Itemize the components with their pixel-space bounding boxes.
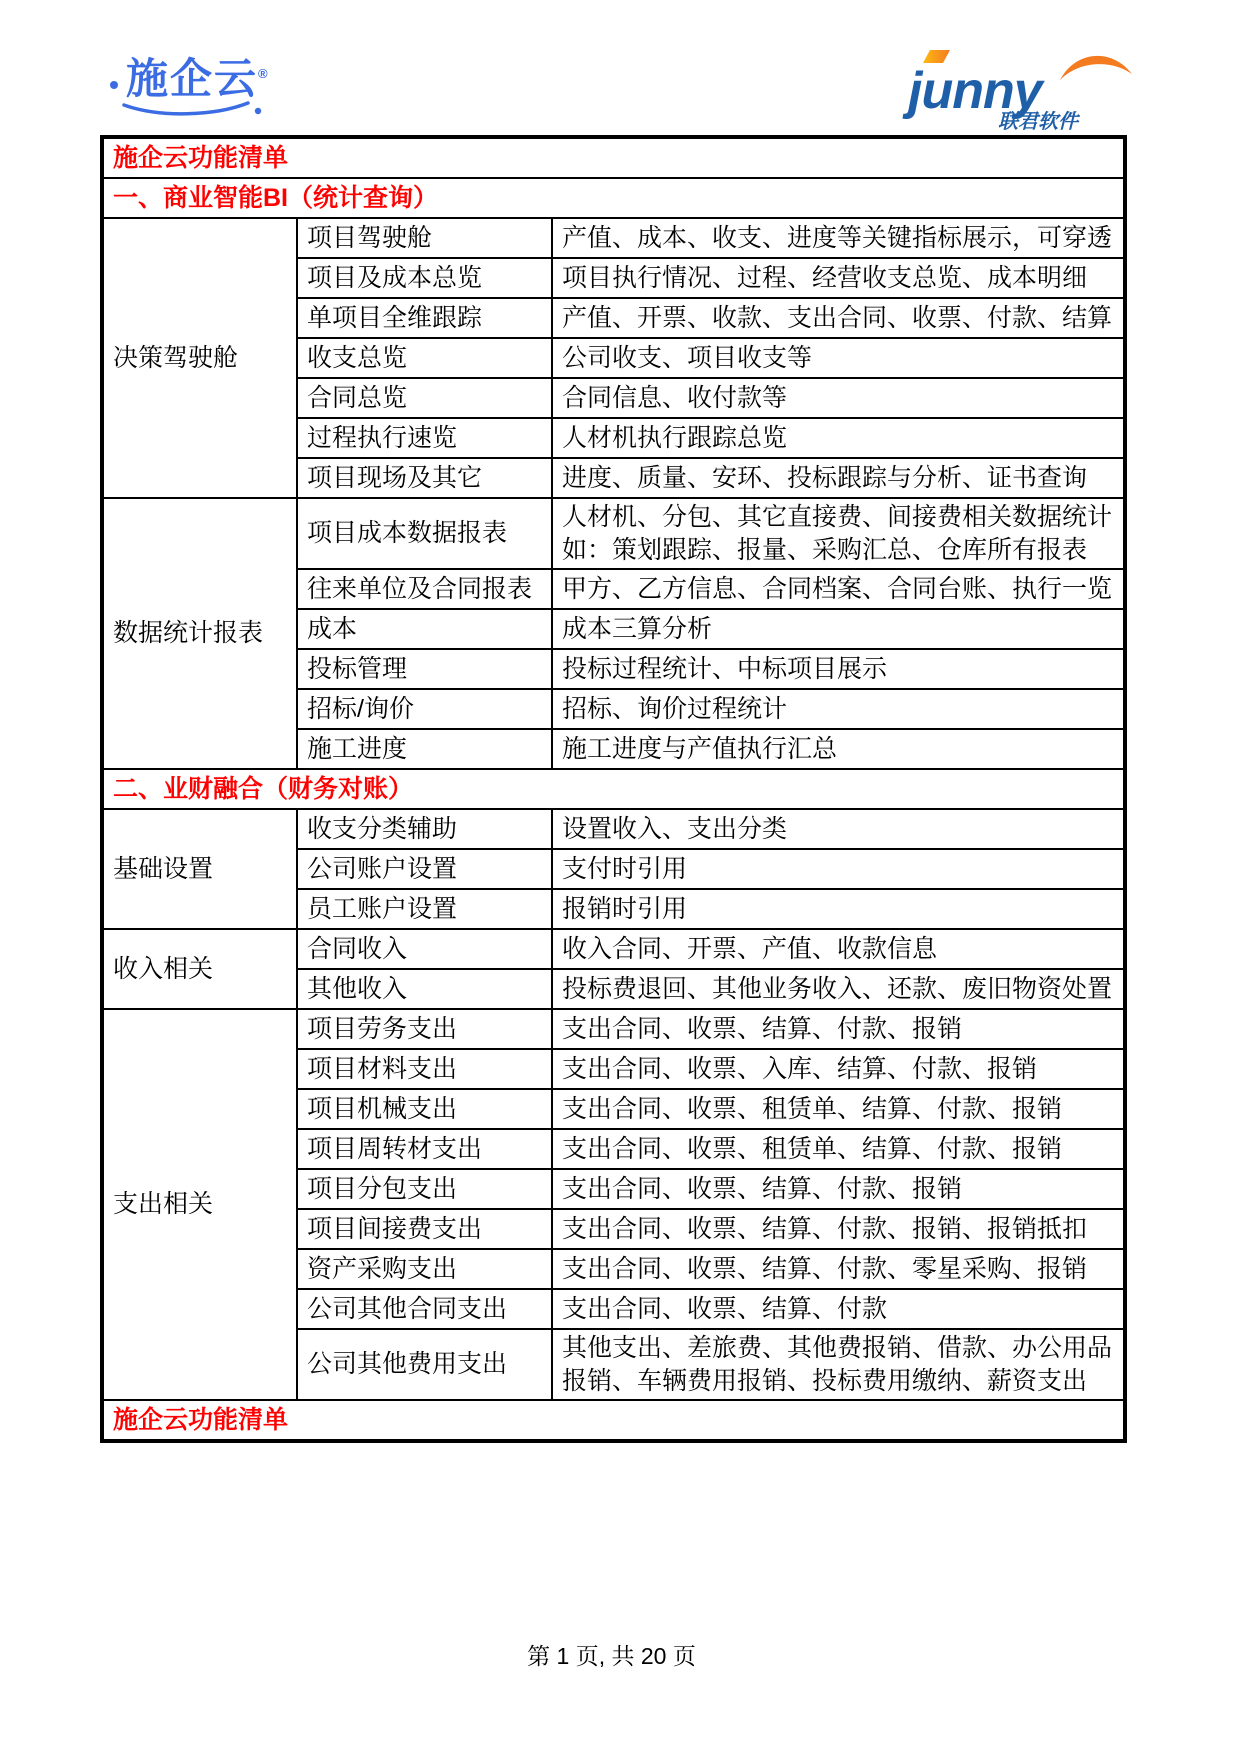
feature-cell: 员工账户设置 <box>297 889 552 929</box>
feature-cell: 项目及成本总览 <box>297 258 552 298</box>
feature-cell: 项目周转材支出 <box>297 1129 552 1169</box>
function-table: 施企云功能清单一、商业智能BI（统计查询）决策驾驶舱项目驾驶舱产值、成本、收支、… <box>100 135 1127 1443</box>
feature-cell: 收支总览 <box>297 338 552 378</box>
desc-cell: 招标、询价过程统计 <box>552 689 1125 729</box>
category-cell: 收入相关 <box>102 929 297 1009</box>
category-cell: 支出相关 <box>102 1009 297 1400</box>
desc-cell: 投标费退回、其他业务收入、还款、废旧物资处置 <box>552 969 1125 1009</box>
desc-cell: 收入合同、开票、产值、收款信息 <box>552 929 1125 969</box>
page-number-footer: 第 1 页, 共 20 页 <box>100 1638 1123 1671</box>
desc-cell: 产值、成本、收支、进度等关键指标展示，可穿透 <box>552 218 1125 258</box>
table-row: 支出相关项目劳务支出支出合同、收票、结算、付款、报销 <box>102 1009 1125 1049</box>
feature-cell: 项目劳务支出 <box>297 1009 552 1049</box>
feature-cell: 公司其他合同支出 <box>297 1289 552 1329</box>
desc-cell: 成本三算分析 <box>552 609 1125 649</box>
desc-cell: 人材机执行跟踪总览 <box>552 418 1125 458</box>
feature-cell: 公司账户设置 <box>297 849 552 889</box>
feature-cell: 项目间接费支出 <box>297 1209 552 1249</box>
desc-cell: 公司收支、项目收支等 <box>552 338 1125 378</box>
category-cell: 数据统计报表 <box>102 498 297 769</box>
desc-cell: 设置收入、支出分类 <box>552 809 1125 849</box>
junny-swoosh-icon <box>1060 56 1132 80</box>
desc-cell: 支出合同、收票、结算、付款、报销、报销抵扣 <box>552 1209 1125 1249</box>
table-row: 收入相关合同收入收入合同、开票、产值、收款信息 <box>102 929 1125 969</box>
feature-cell: 单项目全维跟踪 <box>297 298 552 338</box>
category-cell: 基础设置 <box>102 809 297 929</box>
feature-cell: 往来单位及合同报表 <box>297 569 552 609</box>
feature-cell: 过程执行速览 <box>297 418 552 458</box>
desc-cell: 支出合同、收票、租赁单、结算、付款、报销 <box>552 1129 1125 1169</box>
logo-dot-icon <box>110 81 118 89</box>
desc-cell: 进度、质量、安环、投标跟踪与分析、证书查询 <box>552 458 1125 498</box>
feature-cell: 资产采购支出 <box>297 1249 552 1289</box>
feature-cell: 项目现场及其它 <box>297 458 552 498</box>
desc-cell: 报销时引用 <box>552 889 1125 929</box>
registered-mark: ® <box>258 66 268 81</box>
feature-cell: 其他收入 <box>297 969 552 1009</box>
feature-cell: 项目材料支出 <box>297 1049 552 1089</box>
desc-cell: 项目执行情况、过程、经营收支总览、成本明细 <box>552 258 1125 298</box>
feature-cell: 项目驾驶舱 <box>297 218 552 258</box>
table-row: 决策驾驶舱项目驾驶舱产值、成本、收支、进度等关键指标展示，可穿透 <box>102 218 1125 258</box>
desc-cell: 甲方、乙方信息、合同档案、合同台账、执行一览 <box>552 569 1125 609</box>
feature-cell: 合同总览 <box>297 378 552 418</box>
feature-cell: 投标管理 <box>297 649 552 689</box>
desc-cell: 支出合同、收票、结算、付款、报销 <box>552 1009 1125 1049</box>
junny-logo-subtext: 联君软件 <box>998 110 1081 132</box>
junny-logo: junny 联君软件 <box>900 48 1140 132</box>
desc-cell: 其他支出、差旅费、其他费报销、借款、办公用品 报销、车辆费用报销、投标费用缴纳、… <box>552 1329 1125 1400</box>
shiqiyun-logo: 施企云 ® <box>110 58 280 120</box>
desc-cell: 合同信息、收付款等 <box>552 378 1125 418</box>
desc-cell: 施工进度与产值执行汇总 <box>552 729 1125 769</box>
feature-cell: 招标/询价 <box>297 689 552 729</box>
desc-cell: 支出合同、收票、入库、结算、付款、报销 <box>552 1049 1125 1089</box>
desc-cell: 支出合同、收票、结算、付款 <box>552 1289 1125 1329</box>
desc-cell: 投标过程统计、中标项目展示 <box>552 649 1125 689</box>
function-table-body: 施企云功能清单一、商业智能BI（统计查询）决策驾驶舱项目驾驶舱产值、成本、收支、… <box>102 137 1125 1441</box>
feature-cell: 项目分包支出 <box>297 1169 552 1209</box>
table-row: 基础设置收支分类辅助设置收入、支出分类 <box>102 809 1125 849</box>
table-row: 数据统计报表项目成本数据报表人材机、分包、其它直接费、间接费相关数据统计 如：策… <box>102 498 1125 569</box>
desc-cell: 支出合同、收票、结算、付款、零星采购、报销 <box>552 1249 1125 1289</box>
shiqiyun-logo-text: 施企云 <box>126 58 258 100</box>
feature-cell: 项目成本数据报表 <box>297 498 552 569</box>
section-heading: 一、商业智能BI（统计查询） <box>102 178 1125 218</box>
table-bottom-title: 施企云功能清单 <box>102 1400 1125 1441</box>
feature-cell: 合同收入 <box>297 929 552 969</box>
desc-cell: 支出合同、收票、结算、付款、报销 <box>552 1169 1125 1209</box>
feature-cell: 施工进度 <box>297 729 552 769</box>
desc-cell: 产值、开票、收款、支出合同、收票、付款、结算 <box>552 298 1125 338</box>
desc-cell: 支付时引用 <box>552 849 1125 889</box>
section-heading: 二、业财融合（财务对账） <box>102 769 1125 809</box>
category-cell: 决策驾驶舱 <box>102 218 297 498</box>
feature-cell: 项目机械支出 <box>297 1089 552 1129</box>
document-page: 施企云 ® junny 联君软件 施企云功能清单一、商业智能BI（统计查询）决策… <box>0 0 1240 1754</box>
desc-cell: 人材机、分包、其它直接费、间接费相关数据统计 如：策划跟踪、报量、采购汇总、仓库… <box>552 498 1125 569</box>
desc-cell: 支出合同、收票、租赁单、结算、付款、报销 <box>552 1089 1125 1129</box>
feature-cell: 公司其他费用支出 <box>297 1329 552 1400</box>
feature-cell: 成本 <box>297 609 552 649</box>
table-title: 施企云功能清单 <box>102 137 1125 178</box>
feature-cell: 收支分类辅助 <box>297 809 552 849</box>
